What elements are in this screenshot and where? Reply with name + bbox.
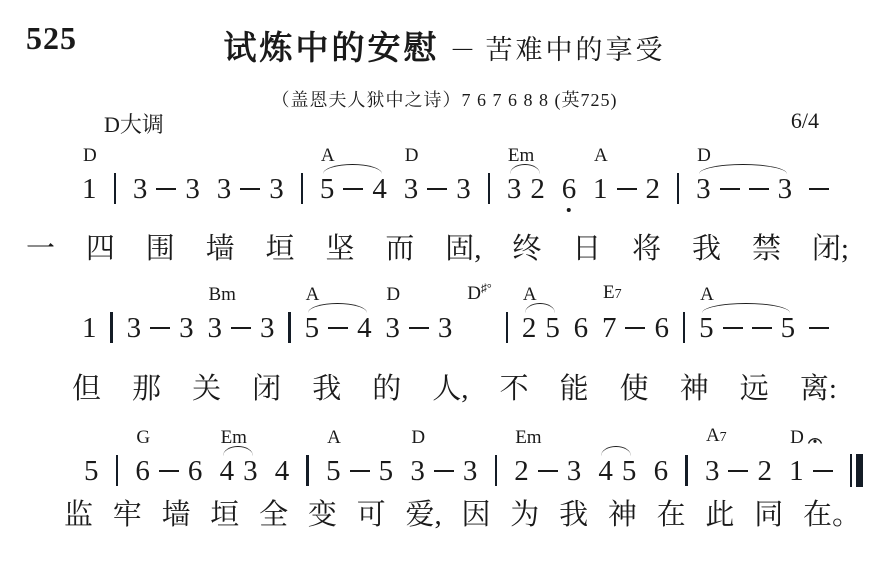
hymn-sheet-page: 525 试炼中的安慰 － 苦难中的享受 （盖恩夫人狱中之诗）7 6 7 6 8 … (0, 0, 889, 580)
chord-label: G (136, 428, 150, 448)
lyric-syllable: 我 (312, 366, 341, 407)
chord-label: Bm (208, 285, 235, 305)
note: 1 (593, 173, 608, 205)
lyric-syllable: 在 (657, 492, 686, 533)
lyric-syllable: 将 (632, 226, 661, 267)
notes-row: 33 (404, 173, 471, 205)
music-line-3: 5G66Em434A55D33Em23456A732D1 (84, 426, 863, 487)
note-group: 6 (654, 455, 669, 487)
barline (683, 312, 686, 343)
chord-char: A (700, 285, 714, 305)
note-group: G66 (135, 428, 202, 487)
chord-char: A (706, 426, 720, 446)
chord-label: Em (221, 428, 247, 448)
lyric-line-2: 但那关闭我的人,不能使神远离: (72, 366, 837, 407)
chord-char: D (790, 428, 804, 448)
duration-dash (723, 327, 743, 330)
note: 1 (82, 312, 97, 344)
chord-label: Em (515, 428, 541, 448)
note: 3 (567, 455, 582, 487)
chord-char: ° (487, 278, 492, 298)
note: 3 (385, 312, 400, 344)
note-group: Em23 (514, 428, 581, 487)
note-group (809, 312, 829, 344)
lyric-syllable: 此 (705, 492, 734, 533)
chord-char: E (508, 146, 520, 166)
chord-label: D (83, 146, 97, 166)
lyric-syllable: 可 (357, 492, 386, 533)
notes-row: 4 (275, 455, 290, 487)
duration-dash (343, 188, 363, 191)
key-time-row: D大调 6/4 (104, 108, 819, 139)
note: 3 (269, 173, 284, 205)
note: 3 (456, 173, 471, 205)
note: 4 (357, 312, 372, 344)
lyric-syllable: 在。 (803, 492, 861, 533)
lyric-syllable: 神 (608, 492, 637, 533)
chord-char: A (306, 285, 320, 305)
chord-char: E (603, 283, 615, 303)
barline (495, 455, 498, 486)
barline (110, 312, 113, 343)
lyric-syllable: 坚 (325, 226, 354, 267)
chord-label: Em (508, 146, 534, 166)
chord-label: D (386, 285, 400, 305)
notes-row (809, 312, 829, 344)
note: 2 (757, 455, 772, 487)
note-group: A55 (326, 428, 393, 487)
time-signature: 6/4 (791, 108, 819, 139)
chord-char: D (697, 146, 711, 166)
final-barline-thick (856, 454, 863, 487)
note-group: 6 (574, 312, 589, 344)
chord-char: D (83, 146, 97, 166)
note-group: 1 (82, 312, 97, 344)
note: 2 (514, 455, 529, 487)
lyric-syllable: 人, (432, 366, 468, 407)
note-group: D33 (385, 285, 452, 344)
note: 3 (696, 173, 711, 205)
note-group: 33 (217, 173, 284, 205)
lyric-syllable: 离: (800, 366, 837, 407)
chord-char: E (221, 428, 233, 448)
note: 5 (320, 173, 335, 205)
slur-arc (699, 164, 787, 174)
notes-row: 33 (127, 312, 194, 344)
duration-dash (617, 188, 637, 191)
notes-row: 54 (320, 173, 387, 205)
lyric-syllable: 墙 (206, 226, 235, 267)
lyric-syllable: 牢 (113, 492, 142, 533)
lyric-syllable: 垣 (210, 492, 239, 533)
chord-char: D (386, 285, 400, 305)
note: 3 (463, 455, 478, 487)
duration-dash (409, 327, 429, 330)
note: 6 (135, 455, 150, 487)
note: 3 (260, 312, 275, 344)
lyric-syllable: 神 (680, 366, 709, 407)
note: 3 (127, 312, 142, 344)
fermata-icon (807, 434, 823, 445)
lyric-syllable: 那 (132, 366, 161, 407)
chord-char: G (136, 428, 150, 448)
chord-char: D (405, 146, 419, 166)
chord-label: A (306, 285, 320, 305)
lyric-syllable: 墙 (162, 492, 191, 533)
notes-row: 1 (82, 312, 97, 344)
lyric-syllable: 监 (64, 492, 93, 533)
lyric-syllable: 远 (740, 366, 769, 407)
lyric-syllable: 闭 (252, 366, 281, 407)
duration-dash (350, 470, 370, 473)
note-group: A732 (705, 426, 772, 487)
chord-label: D♯° (467, 284, 492, 305)
note: 2 (530, 173, 545, 205)
note-group: A54 (305, 285, 372, 344)
chord-label: A (700, 285, 714, 305)
note: 6 (188, 455, 203, 487)
notes-row: 6 (574, 312, 589, 344)
chord-label: D (790, 428, 823, 448)
note: 3 (243, 455, 258, 487)
duration-dash (538, 470, 558, 473)
note: 5 (622, 455, 637, 487)
note: 4 (372, 173, 387, 205)
note: 6 (654, 455, 669, 487)
duration-dash (231, 327, 251, 330)
title-separator: － (449, 30, 475, 67)
chord-char: m (232, 428, 247, 448)
lyric-syllable: 关 (192, 366, 221, 407)
barline (116, 455, 119, 486)
chord-label: D (405, 146, 419, 166)
notes-row: 32 (507, 173, 545, 205)
notes-row: 6 (562, 173, 577, 205)
chord-char: B (208, 285, 221, 305)
final-barline-thin (850, 454, 853, 487)
duration-dash (752, 327, 772, 330)
slur-arc (510, 164, 540, 174)
lyric-syllable: 终 (512, 226, 541, 267)
notes-row: 33 (410, 455, 477, 487)
note: 5 (305, 312, 320, 344)
lyric-syllable: 全 (259, 492, 288, 533)
duration-dash (156, 188, 176, 191)
chord-char: A (321, 146, 335, 166)
notes-row: 33 (217, 173, 284, 205)
slur-arc (525, 303, 555, 313)
lyric-syllable: 我 (559, 492, 588, 533)
music-line-1: D13333A54D33Em326A12D33 (82, 146, 829, 205)
chord-char: 7 (720, 428, 727, 448)
barline (685, 455, 688, 486)
notes-row: 76 (602, 312, 669, 344)
duration-dash (809, 327, 829, 330)
note-group: A25 (522, 285, 560, 344)
duration-dash (809, 188, 829, 191)
duration-dash (159, 470, 179, 473)
notes-row: 1 (82, 173, 97, 205)
note: 5 (379, 455, 394, 487)
note: 3 (507, 173, 522, 205)
chord-char: m (519, 146, 534, 166)
note-group: A55 (699, 285, 795, 344)
duration-dash (749, 188, 769, 191)
note: 3 (410, 455, 425, 487)
duration-dash (150, 327, 170, 330)
lyric-syllable: 因 (462, 492, 491, 533)
barline (488, 173, 491, 204)
note: 3 (404, 173, 419, 205)
note-group: D33 (404, 146, 471, 205)
notes-row: 33 (696, 173, 792, 205)
note: 3 (133, 173, 148, 205)
barline (114, 173, 117, 204)
barline (506, 312, 509, 343)
notes-row: 45 (598, 455, 636, 487)
lyric-syllable: 而 (385, 226, 414, 267)
chord-label: D (697, 146, 711, 166)
note: 5 (545, 312, 560, 344)
note-group: Em43 (220, 428, 258, 487)
note: 5 (781, 312, 796, 344)
notes-row: 1 (789, 455, 833, 487)
notes-row: 55 (699, 312, 795, 344)
lyric-syllable: 能 (560, 366, 589, 407)
note: 2 (646, 173, 661, 205)
note: 3 (179, 312, 194, 344)
key-signature: D大调 (104, 108, 164, 139)
slur-arc (601, 446, 631, 456)
chord-char: 7 (615, 285, 622, 305)
note: 3 (207, 312, 222, 344)
chord-label: A (523, 285, 537, 305)
note-group: Em32 (507, 146, 545, 205)
lyric-syllable: 垣 (266, 226, 295, 267)
note-group: 6 (562, 173, 577, 205)
note-group (809, 173, 829, 205)
chord-char: A (523, 285, 537, 305)
lyric-syllable: 为 (510, 492, 539, 533)
lyric-syllable: 不 (500, 366, 529, 407)
note: 3 (705, 455, 720, 487)
chord-label: A (321, 146, 335, 166)
notes-row: 33 (133, 173, 200, 205)
note-group: D1 (82, 146, 97, 205)
lyric-syllable: 我 (692, 226, 721, 267)
notes-row: 33 (385, 312, 452, 344)
slur-arc (702, 303, 790, 313)
note-group: A12 (593, 146, 660, 205)
notes-row: 12 (593, 173, 660, 205)
lyric-syllable: 爱, (405, 492, 441, 533)
lyric-syllable: 但 (72, 366, 101, 407)
chord-label: A7 (706, 426, 727, 448)
note-group: 33 (133, 173, 200, 205)
notes-row: 5 (84, 455, 99, 487)
notes-row: 55 (326, 455, 393, 487)
lyric-syllable: 禁 (752, 226, 781, 267)
lyric-syllable: 围 (146, 226, 175, 267)
music-line-2: 133Bm33A54D33D♯°A256E776A55 (82, 283, 829, 344)
notes-row: 43 (220, 455, 258, 487)
notes-row: 32 (705, 455, 772, 487)
duration-dash (328, 327, 348, 330)
note: 5 (84, 455, 99, 487)
notes-row: 6 (654, 455, 669, 487)
chord-char: m (527, 428, 542, 448)
lyric-line-3: 监牢墙垣全变可爱,因为我神在此同在。 (64, 492, 861, 533)
note: 1 (82, 173, 97, 205)
duration-dash (434, 470, 454, 473)
lyric-syllable: 四 (86, 226, 115, 267)
duration-dash (625, 327, 645, 330)
notes-row: 54 (305, 312, 372, 344)
notes-row (809, 173, 829, 205)
chord-label: E7 (603, 283, 622, 305)
note: 2 (522, 312, 537, 344)
final-barline (850, 454, 863, 487)
duration-dash (813, 470, 833, 473)
barline (677, 173, 680, 204)
note-group: 33 (127, 312, 194, 344)
title-subtitle: 苦难中的享受 (486, 28, 666, 67)
note-group: D33 (410, 428, 477, 487)
chord-label: A (594, 146, 608, 166)
lyric-line-1: 一四围墙垣坚而固,终日将我禁闭; (26, 226, 849, 267)
lyric-syllable: 的 (372, 366, 401, 407)
note: 3 (778, 173, 793, 205)
verse-number: 一 (26, 226, 55, 267)
barline (288, 312, 291, 343)
note: 3 (185, 173, 200, 205)
note-group: A54 (320, 146, 387, 205)
notes-row: 25 (522, 312, 560, 344)
note-low-octave: 6 (562, 173, 577, 205)
chord-char: D (411, 428, 425, 448)
duration-dash (720, 188, 740, 191)
note: 6 (654, 312, 669, 344)
note-group: D1 (789, 428, 833, 487)
chord-char: D (467, 284, 481, 304)
note-group: E776 (602, 283, 669, 344)
duration-dash (427, 188, 447, 191)
note: 4 (598, 455, 613, 487)
note-group: 4 (275, 455, 290, 487)
note: 6 (574, 312, 589, 344)
lyric-syllable: 日 (572, 226, 601, 267)
note: 4 (275, 455, 290, 487)
chord-char: m (221, 285, 236, 305)
note: 7 (602, 312, 617, 344)
notes-row: 23 (514, 455, 581, 487)
duration-dash (728, 470, 748, 473)
chord-label: D (411, 428, 425, 448)
barline (306, 455, 309, 486)
lyric-syllable: 同 (754, 492, 783, 533)
barline (301, 173, 304, 204)
notes-row: 66 (135, 455, 202, 487)
chord-char: A (327, 428, 341, 448)
note: 1 (789, 455, 804, 487)
title-main: 试炼中的安慰 (223, 22, 439, 69)
note: 5 (326, 455, 341, 487)
lyric-syllable: 变 (308, 492, 337, 533)
note-group: Bm33 (207, 285, 274, 344)
notes-row (466, 312, 474, 344)
note: 3 (438, 312, 453, 344)
note: 4 (220, 455, 235, 487)
page-title: 试炼中的安慰 － 苦难中的享受 (0, 22, 889, 69)
lyric-syllable: 使 (620, 366, 649, 407)
chord-char: E (515, 428, 527, 448)
chord-label: A (327, 428, 341, 448)
note: 5 (699, 312, 714, 344)
note-group: 45 (598, 455, 636, 487)
note-group: D♯° (466, 284, 492, 344)
note-group: D33 (696, 146, 792, 205)
note: 3 (217, 173, 232, 205)
chord-char: A (594, 146, 608, 166)
duration-dash (240, 188, 260, 191)
lyric-syllable: 闭; (812, 226, 849, 267)
lyric-syllable: 固, (445, 226, 481, 267)
notes-row: 33 (207, 312, 274, 344)
note-group: 5 (84, 455, 99, 487)
